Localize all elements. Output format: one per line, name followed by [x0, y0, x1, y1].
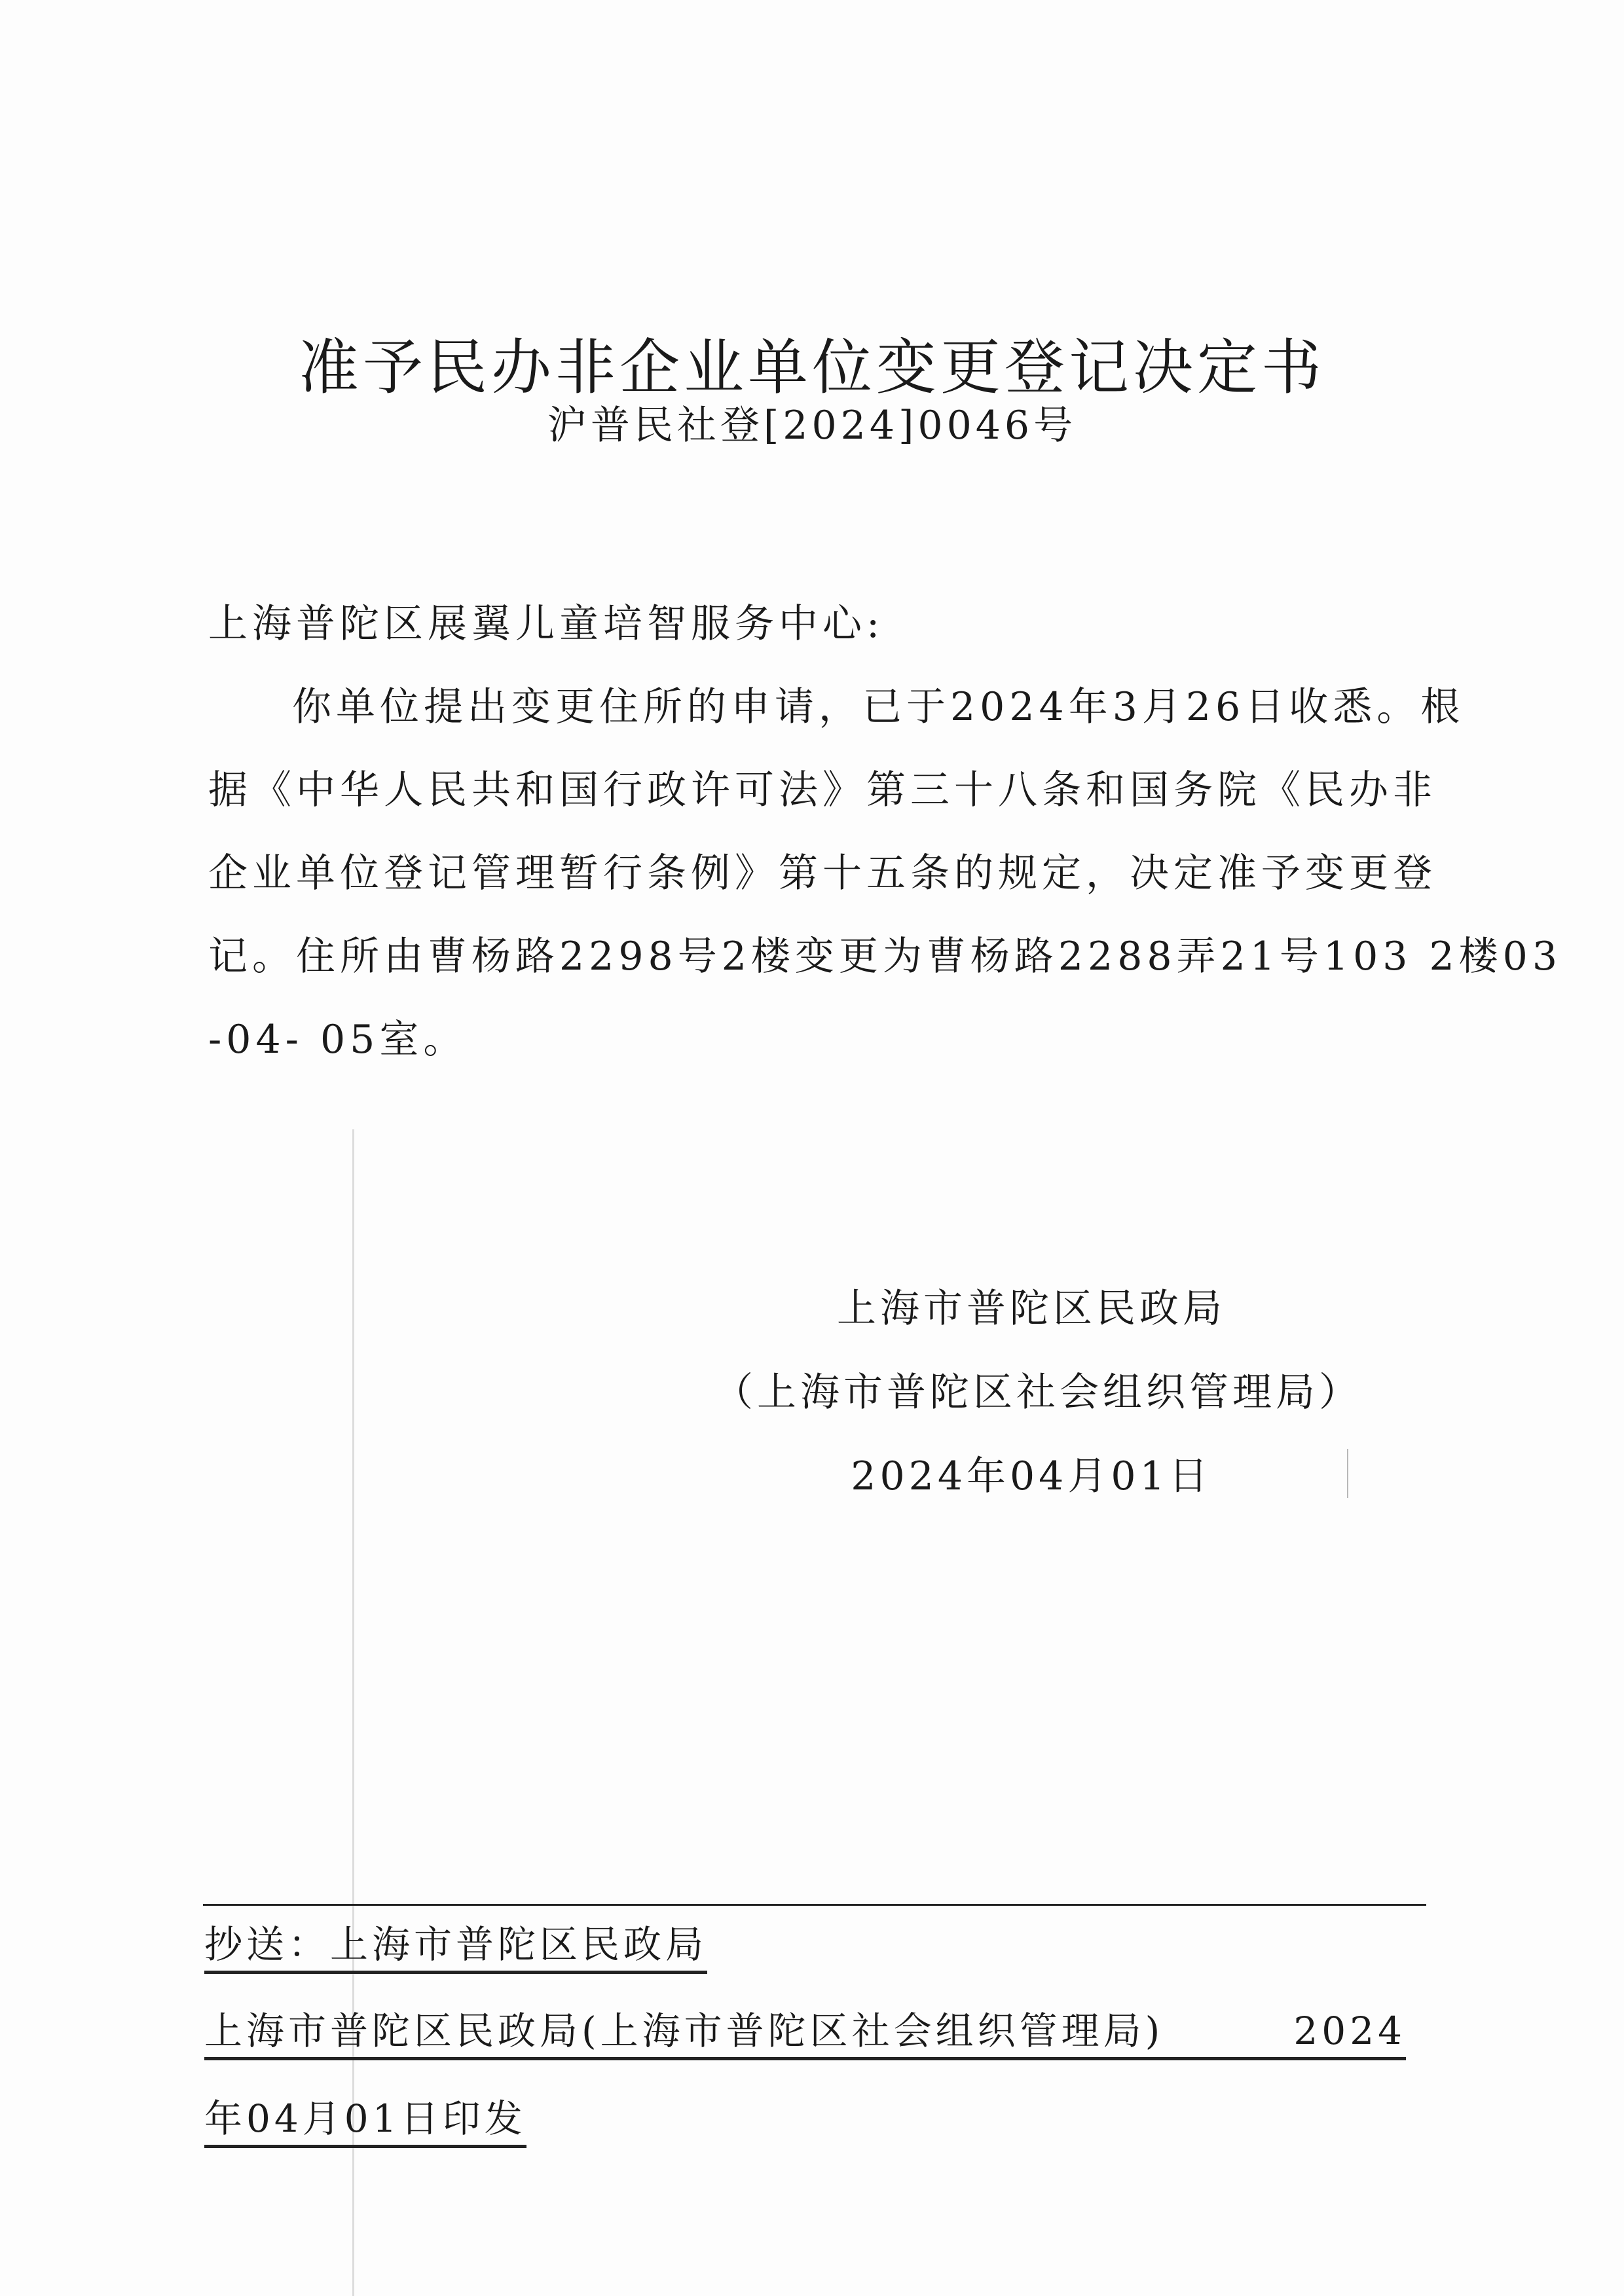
footer-cc-line: 抄送：上海市普陀区民政局 — [204, 1918, 707, 1974]
issuer-alias: （上海市普陀区社会组织管理局） — [655, 1351, 1408, 1434]
addressee: 上海普陀区展翼儿童培智服务中心: — [208, 583, 1433, 666]
document-title: 准予民办非企业单位变更登记决定书 — [0, 329, 1624, 407]
body-line-2: 据《中华人民共和国行政许可法》第三十八条和国务院《民办非 — [208, 749, 1433, 832]
footer-issued-date: 年04月01日印发 — [204, 2092, 526, 2148]
issuer-name: 上海市普陀区民政局 — [655, 1267, 1408, 1351]
signature-block: 上海市普陀区民政局 （上海市普陀区社会组织管理局） 2024年04月01日 — [655, 1267, 1408, 1518]
body-line-1: 你单位提出变更住所的申请，已于2024年3月26日收悉。根 — [208, 666, 1433, 749]
body-line-4: 记。住所由曹杨路2298号2楼变更为曹杨路2288弄21号103 2楼03 — [208, 915, 1433, 998]
document-body: 上海普陀区展翼儿童培智服务中心: 你单位提出变更住所的申请，已于2024年3月2… — [208, 583, 1433, 1082]
document-page: 准予民办非企业单位变更登记决定书 沪普民社登[2024]0046号 上海普陀区展… — [0, 0, 1624, 2296]
body-line-3: 企业单位登记管理暂行条例》第十五条的规定，决定准予变更登 — [208, 832, 1433, 915]
footer-divider — [203, 1904, 1426, 1906]
body-line-5: -04- 05室。 — [208, 998, 1433, 1082]
footer-issuer-year: 2024 — [1293, 2005, 1406, 2057]
footer-issuer-name: 上海市普陀区民政局(上海市普陀区社会组织管理局) — [204, 2009, 1164, 2053]
footer-issuer-line: 上海市普陀区民政局(上海市普陀区社会组织管理局) 2024 — [204, 2005, 1406, 2060]
document-number: 沪普民社登[2024]0046号 — [0, 399, 1624, 452]
issue-date: 2024年04月01日 — [655, 1434, 1408, 1518]
